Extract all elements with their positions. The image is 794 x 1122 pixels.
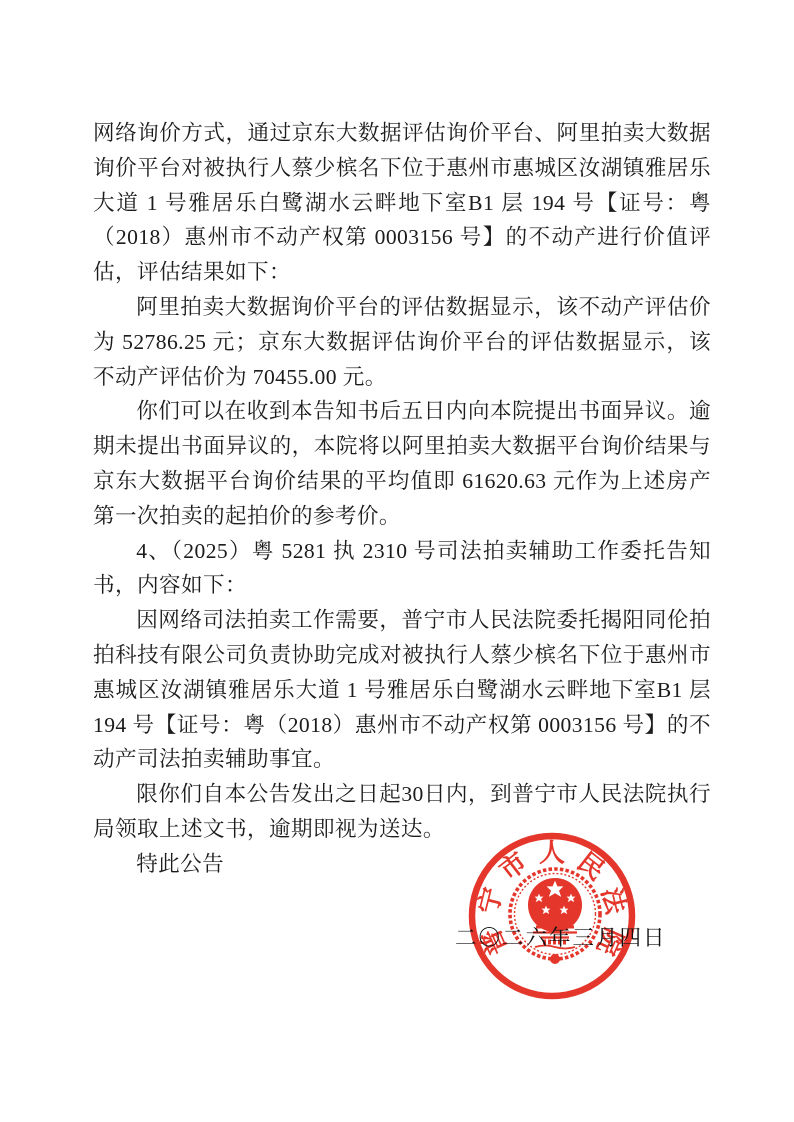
court-seal-graphic: 普 宁 市 人 民 法 院 [464, 828, 640, 1004]
document-page: 网络询价方式，通过京东大数据评估询价平台、阿里拍卖大数据询价平台对被执行人蔡少槟… [0, 0, 794, 1122]
paragraph-valuation-results: 阿里拍卖大数据询价平台的评估数据显示，该不动产评估价为 52786.25 元；京… [93, 290, 711, 394]
issue-date: 二〇二六年三月四日 [455, 921, 715, 952]
official-court-seal: 普 宁 市 人 民 法 院 [464, 828, 640, 1004]
paragraph-auction-assist: 因网络司法拍卖工作需要，普宁市人民法院委托揭阳同伦拍拍科技有限公司负责协助完成对… [93, 603, 711, 777]
paragraph-continuation: 网络询价方式，通过京东大数据评估询价平台、阿里拍卖大数据询价平台对被执行人蔡少槟… [93, 116, 711, 290]
seal-character: 宁 [474, 885, 508, 917]
document-body: 网络询价方式，通过京东大数据评估询价平台、阿里拍卖大数据询价平台对被执行人蔡少槟… [93, 116, 711, 882]
paragraph-item-4-heading: 4、（2025）粤 5281 执 2310 号司法拍卖辅助工作委托告知书，内容如… [93, 534, 711, 604]
paragraph-objection-notice: 你们可以在收到本告知书后五日内向本院提出书面异议。逾期未提出书面异议的，本院将以… [93, 394, 711, 533]
seal-character: 人 [539, 839, 565, 868]
